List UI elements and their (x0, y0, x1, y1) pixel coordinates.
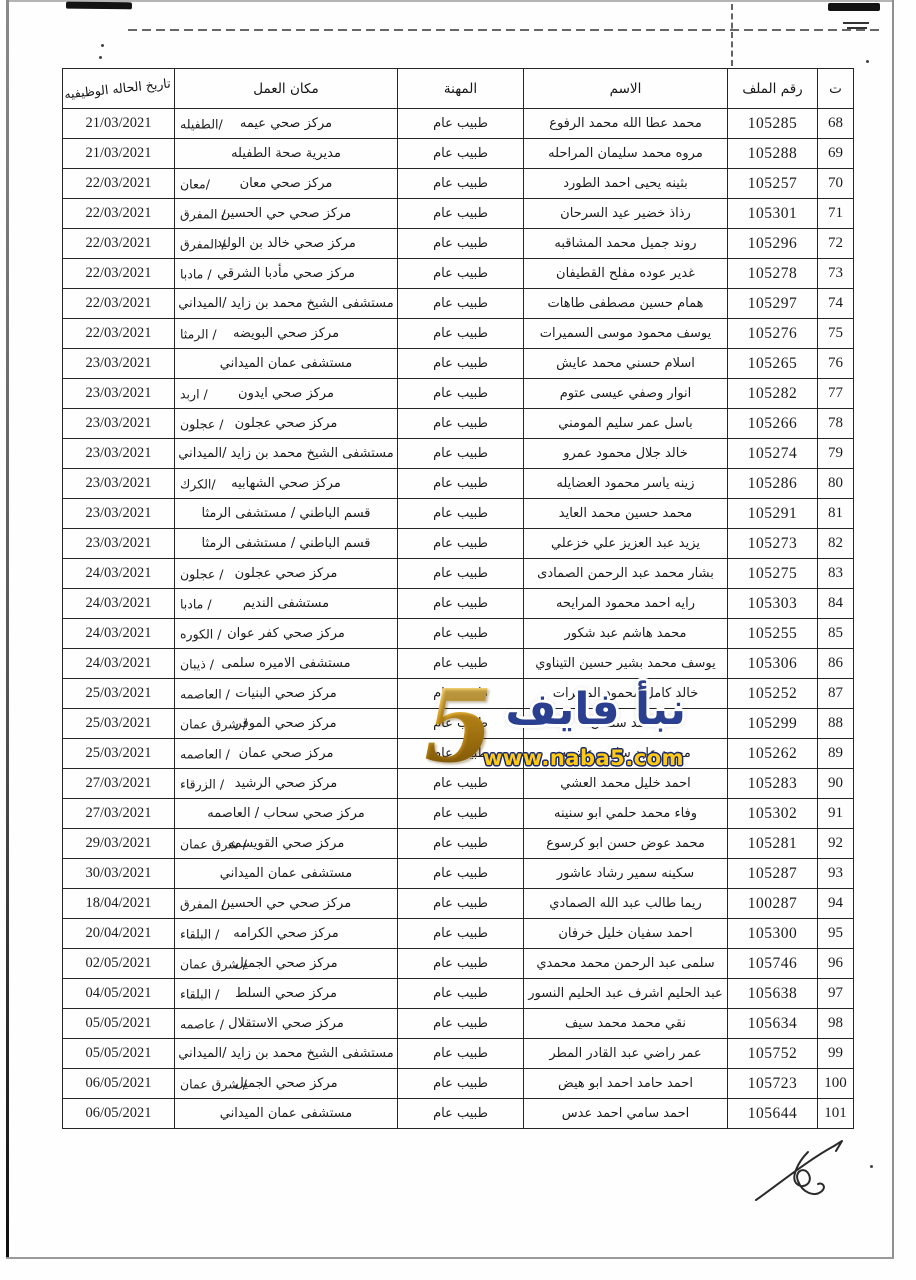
cell-profession: طبيب عام (398, 589, 524, 619)
cell-file-no: 105281 (728, 829, 818, 859)
workplace-name: مركز صحي عيمه (240, 116, 332, 131)
page-left-edge (6, 0, 9, 1259)
cell-name: رذاذ خضير عيد السرحان (524, 199, 728, 229)
cell-name: غدير عوده مفلح القطيفان (524, 259, 728, 289)
cell-name: سكينه سمير رشاد عاشور (524, 859, 728, 889)
cell-date: 27/03/2021 (63, 769, 175, 799)
workplace-name: مستشفى الاميره سلمى (221, 656, 350, 671)
workplace-region: / الكوره (180, 626, 221, 641)
cell-workplace: مستشفى الاميره سلمى/ ذيبان (175, 649, 398, 679)
cell-workplace: مركز صحي الرشيد/ الزرقاء (175, 769, 398, 799)
cell-file-no: 105282 (728, 379, 818, 409)
cell-date: 30/03/2021 (63, 859, 175, 889)
workplace-name: مركز صحي عجلون (235, 416, 338, 431)
cell-index: 74 (818, 289, 854, 319)
cell-date: 05/05/2021 (63, 1039, 175, 1069)
cell-file-no: 105306 (728, 649, 818, 679)
cell-profession: طبيب عام (398, 859, 524, 889)
table-row: 82105273يزيد عبد العزيز علي خزعليطبيب عا… (63, 529, 854, 559)
cell-profession: طبيب عام (398, 139, 524, 169)
cell-profession: طبيب عام (398, 529, 524, 559)
workplace-region: / عاصمه (180, 1016, 224, 1031)
cell-workplace: مركز صحي السلط/ البلقاء (175, 979, 398, 1009)
cell-file-no: 105286 (728, 469, 818, 499)
workplace-region: /الطفيله (180, 116, 223, 131)
cell-workplace: مستشفى النديم/ مادبا (175, 589, 398, 619)
header-row: ت رقم الملف الاسم المهنة مكان العمل تاري… (63, 69, 854, 109)
workplace-region: / مادبا (180, 266, 212, 281)
cell-index: 73 (818, 259, 854, 289)
cell-profession: طبيب عام (398, 1009, 524, 1039)
page-top-edge (6, 0, 894, 2)
cell-workplace: مركز صحي الموقر/ شرق عمان (175, 709, 398, 739)
cell-workplace: مستشفى عمان الميداني (175, 1099, 398, 1129)
cell-profession: طبيب عام (398, 499, 524, 529)
cell-index: 93 (818, 859, 854, 889)
workplace-region: / عجلون (180, 566, 224, 581)
workplace-name: مستشفى الشيخ محمد بن زايد /الميداني (178, 446, 393, 461)
cell-profession: طبيب عام (398, 439, 524, 469)
workplace-name: مركز صحي حي الحسين (221, 206, 351, 221)
workplace-region: /الكرك (180, 476, 216, 491)
workplace-name: مركز صحي سحاب / العاصمه (207, 806, 365, 821)
table-row: 79105274خالد جلال محمود عمروطبيب عاممستش… (63, 439, 854, 469)
cell-date: 06/05/2021 (63, 1099, 175, 1129)
cell-workplace: مستشفى الشيخ محمد بن زايد /الميداني (175, 439, 398, 469)
cell-index: 99 (818, 1039, 854, 1069)
watermark-brand: نبأ فايف (505, 688, 686, 732)
workplace-region: / مادبا (180, 596, 212, 611)
workplace-name: مركز صحي خالد بن الوليد (216, 236, 356, 251)
cell-workplace: مركز صحي خالد بن الوليد/ المفرق (175, 229, 398, 259)
cell-file-no: 105302 (728, 799, 818, 829)
scan-dash (843, 22, 869, 24)
workplace-region: / ذيبان (180, 656, 214, 671)
cell-workplace: مركز صحي كفر عوان/ الكوره (175, 619, 398, 649)
cell-workplace: مركز صحي حي الحسين/ المفرق (175, 199, 398, 229)
cell-index: 81 (818, 499, 854, 529)
cell-file-no: 105257 (728, 169, 818, 199)
cell-file-no: 105252 (728, 679, 818, 709)
workplace-region: / البلقاء (180, 986, 219, 1001)
cell-file-no: 105273 (728, 529, 818, 559)
workplace-name: مركز صحي عجلون (235, 566, 338, 581)
cell-name: اسلام حسني محمد عايش (524, 349, 728, 379)
cell-date: 24/03/2021 (63, 619, 175, 649)
cell-profession: طبيب عام (398, 169, 524, 199)
cell-name: وفاء محمد حلمي ابو سنينه (524, 799, 728, 829)
cell-index: 75 (818, 319, 854, 349)
table-row: 71105301رذاذ خضير عيد السرحانطبيب عاممرك… (63, 199, 854, 229)
cell-profession: طبيب عام (398, 799, 524, 829)
cell-index: 92 (818, 829, 854, 859)
cell-index: 69 (818, 139, 854, 169)
cell-date: 22/03/2021 (63, 199, 175, 229)
cell-workplace: مركز صحي عجلون/ عجلون (175, 409, 398, 439)
cell-date: 23/03/2021 (63, 379, 175, 409)
naba5-watermark: 5 نبأ فايف www.naba5.com (424, 686, 686, 786)
cell-profession: طبيب عام (398, 949, 524, 979)
cell-date: 21/03/2021 (63, 139, 175, 169)
cell-date: 29/03/2021 (63, 829, 175, 859)
cell-file-no: 105297 (728, 289, 818, 319)
workplace-name: مركز صحي البويضه (233, 326, 339, 341)
workplace-name: مركز صحي الكرامه (233, 926, 339, 941)
cell-date: 23/03/2021 (63, 439, 175, 469)
workplace-name: مستشفى عمان الميداني (220, 1106, 352, 1121)
cell-index: 95 (818, 919, 854, 949)
cell-date: 23/03/2021 (63, 529, 175, 559)
cell-index: 82 (818, 529, 854, 559)
cell-profession: طبيب عام (398, 229, 524, 259)
cell-index: 83 (818, 559, 854, 589)
cell-profession: طبيب عام (398, 1039, 524, 1069)
cell-profession: طبيب عام (398, 919, 524, 949)
cell-file-no: 105746 (728, 949, 818, 979)
cell-workplace: مركز صحي الكرامه/ البلقاء (175, 919, 398, 949)
cell-date: 22/03/2021 (63, 319, 175, 349)
cell-name: باسل عمر سليم المومني (524, 409, 728, 439)
cell-profession: طبيب عام (398, 379, 524, 409)
workplace-name: مركز صحي البنيات (235, 686, 337, 701)
cell-file-no: 105265 (728, 349, 818, 379)
cell-date: 22/03/2021 (63, 169, 175, 199)
table-row: 72105296روند جميل محمد المشاقبهطبيب عامم… (63, 229, 854, 259)
workplace-name: مركز صحي الاستقلال (228, 1016, 344, 1031)
workplace-region: / المفرق (180, 236, 226, 251)
workplace-name: مركز صحي الموقر (235, 716, 336, 731)
table-row: 69105288مروه محمد سليمان المراحلهطبيب عا… (63, 139, 854, 169)
cell-profession: طبيب عام (398, 259, 524, 289)
workplace-name: مركز صحي الرشيد (235, 776, 337, 791)
cell-workplace: مركز صحي البنيات/ العاصمه (175, 679, 398, 709)
cell-file-no: 105303 (728, 589, 818, 619)
cell-name: انوار وصفي عيسى عتوم (524, 379, 728, 409)
cell-file-no: 105288 (728, 139, 818, 169)
cell-date: 24/03/2021 (63, 589, 175, 619)
workplace-name: مستشفى الشيخ محمد بن زايد /الميداني (178, 1046, 393, 1061)
scan-speck (870, 1165, 873, 1168)
cell-file-no: 105296 (728, 229, 818, 259)
table-row: 99105752عمر راضي عبد القادر المطرطبيب عا… (63, 1039, 854, 1069)
cell-name: مروه محمد سليمان المراحله (524, 139, 728, 169)
cell-profession: طبيب عام (398, 199, 524, 229)
cell-index: 89 (818, 739, 854, 769)
cell-index: 100 (818, 1069, 854, 1099)
workplace-name: مركز صحي الجميل (234, 1076, 337, 1091)
cell-index: 84 (818, 589, 854, 619)
workplace-region: / البلقاء (180, 926, 219, 941)
cell-workplace: مركز صحي عجلون/ عجلون (175, 559, 398, 589)
workplace-region: / عجلون (180, 416, 224, 431)
cell-name: بشار محمد عبد الرحمن الصمادى (524, 559, 728, 589)
workplace-region: / شرق عمان (180, 1076, 247, 1091)
cell-file-no: 105278 (728, 259, 818, 289)
cell-date: 25/03/2021 (63, 739, 175, 769)
watermark-url: www.naba5.com (483, 746, 684, 770)
cell-file-no: 105634 (728, 1009, 818, 1039)
cell-index: 72 (818, 229, 854, 259)
cell-index: 79 (818, 439, 854, 469)
cell-name: محمد حسين محمد العايد (524, 499, 728, 529)
workplace-name: مستشفى الشيخ محمد بن زايد /الميداني (178, 296, 393, 311)
cell-name: محمد عوض حسن ابو كرسوع (524, 829, 728, 859)
cell-profession: طبيب عام (398, 619, 524, 649)
cell-date: 25/03/2021 (63, 709, 175, 739)
scan-dashed-vertical (731, 4, 733, 66)
cell-file-no: 105275 (728, 559, 818, 589)
workplace-name: مركز صحي حي الحسين (221, 896, 351, 911)
header-file-no: رقم الملف (728, 69, 818, 109)
cell-date: 24/03/2021 (63, 649, 175, 679)
cell-name: يزيد عبد العزيز علي خزعلي (524, 529, 728, 559)
cell-file-no: 105274 (728, 439, 818, 469)
cell-name: يوسف محمود موسى السميرات (524, 319, 728, 349)
workplace-region: /معان (180, 176, 210, 191)
header-workplace: مكان العمل (175, 69, 398, 109)
workplace-name: مستشفى النديم (243, 596, 329, 611)
cell-date: 05/05/2021 (63, 1009, 175, 1039)
table-header: ت رقم الملف الاسم المهنة مكان العمل تاري… (63, 69, 854, 109)
cell-date: 23/03/2021 (63, 349, 175, 379)
employees-table: ت رقم الملف الاسم المهنة مكان العمل تاري… (62, 68, 854, 1129)
cell-date: 02/05/2021 (63, 949, 175, 979)
cell-workplace: قسم الباطني / مستشفى الرمثا (175, 529, 398, 559)
cell-file-no: 105723 (728, 1069, 818, 1099)
table-row: 73105278غدير عوده مفلح القطيفانطبيب عامم… (63, 259, 854, 289)
cell-date: 22/03/2021 (63, 259, 175, 289)
workplace-name: مركز صحي السلط (235, 986, 337, 1001)
cell-workplace: مركز صحي البويضه/ الرمثا (175, 319, 398, 349)
table-row: 84105303رايه احمد محمود المرايحهطبيب عام… (63, 589, 854, 619)
cell-profession: طبيب عام (398, 559, 524, 589)
cell-name: احمد سامي احمد عدس (524, 1099, 728, 1129)
workplace-region: / المفرق (180, 206, 226, 221)
page-right-edge (892, 0, 894, 1259)
table-row: 94100287ريما طالب عبد الله الصماديطبيب ع… (63, 889, 854, 919)
cell-file-no: 105638 (728, 979, 818, 1009)
workplace-region: / شرق عمان (180, 956, 247, 971)
cell-workplace: مركز صحي الاستقلال/ عاصمه (175, 1009, 398, 1039)
table-row: 85105255محمد هاشم عبد شكورطبيب عاممركز ص… (63, 619, 854, 649)
cell-index: 78 (818, 409, 854, 439)
cell-index: 98 (818, 1009, 854, 1039)
cell-name: خالد جلال محمود عمرو (524, 439, 728, 469)
cell-index: 94 (818, 889, 854, 919)
cell-name: بثينه يحيى احمد الطورد (524, 169, 728, 199)
workplace-region: / الرمثا (180, 326, 217, 341)
cell-file-no: 105291 (728, 499, 818, 529)
scan-smudge-top-left (66, 2, 132, 10)
cell-date: 23/03/2021 (63, 469, 175, 499)
cell-workplace: مركز صحي القويسمه/ شرق عمان (175, 829, 398, 859)
cell-name: روند جميل محمد المشاقبه (524, 229, 728, 259)
cell-workplace: مركز صحي عمان/ العاصمه (175, 739, 398, 769)
header-profession: المهنة (398, 69, 524, 109)
workplace-region: / المفرق (180, 896, 226, 911)
table-row: 68105285محمد عطا الله محمد الرفوعطبيب عا… (63, 109, 854, 139)
cell-profession: طبيب عام (398, 889, 524, 919)
page-bottom-edge (6, 1257, 894, 1259)
cell-workplace: مستشفى عمان الميداني (175, 859, 398, 889)
table-row: 78105266باسل عمر سليم المومنيطبيب عاممرك… (63, 409, 854, 439)
cell-workplace: مركز صحي مأدبا الشرقي/ مادبا (175, 259, 398, 289)
cell-date: 23/03/2021 (63, 409, 175, 439)
scan-speck (99, 56, 102, 59)
cell-name: يوسف محمد بشير حسين التيناوي (524, 649, 728, 679)
cell-workplace: مستشفى عمان الميداني (175, 349, 398, 379)
table-row: 81105291محمد حسين محمد العايدطبيب عامقسم… (63, 499, 854, 529)
table-row: 96105746سلمى عبد الرحمن محمد محمديطبيب ع… (63, 949, 854, 979)
cell-file-no: 105301 (728, 199, 818, 229)
signature (752, 1138, 856, 1214)
cell-name: محمد هاشم عبد شكور (524, 619, 728, 649)
cell-name: همام حسين مصطفى طاهات (524, 289, 728, 319)
cell-workplace: مستشفى الشيخ محمد بن زايد /الميداني (175, 289, 398, 319)
cell-date: 24/03/2021 (63, 559, 175, 589)
header-name: الاسم (524, 69, 728, 109)
scan-smudge-top-right (828, 3, 880, 11)
cell-file-no: 105262 (728, 739, 818, 769)
cell-workplace: مركز صحي ايدون/ اربد (175, 379, 398, 409)
workplace-name: مديرية صحة الطفيله (231, 146, 341, 161)
workplace-region: / شرق عمان (180, 836, 247, 851)
cell-profession: طبيب عام (398, 979, 524, 1009)
cell-date: 22/03/2021 (63, 289, 175, 319)
cell-name: محمد عطا الله محمد الرفوع (524, 109, 728, 139)
cell-profession: طبيب عام (398, 1069, 524, 1099)
cell-name: رايه احمد محمود المرايحه (524, 589, 728, 619)
table-row: 70105257بثينه يحيى احمد الطوردطبيب عاممر… (63, 169, 854, 199)
workplace-name: مستشفى عمان الميداني (220, 356, 352, 371)
cell-date: 21/03/2021 (63, 109, 175, 139)
workplace-name: مركز صحي الجميل (234, 956, 337, 971)
workplace-name: مركز صحي عمان (239, 746, 334, 761)
workplace-region: / العاصمه (180, 746, 230, 761)
cell-file-no: 105276 (728, 319, 818, 349)
table-row: 80105286زينه ياسر محمود العضايلهطبيب عام… (63, 469, 854, 499)
cell-index: 77 (818, 379, 854, 409)
cell-workplace: مركز صحي عيمه/الطفيله (175, 109, 398, 139)
workplace-region: / العاصمه (180, 686, 230, 701)
cell-workplace: مستشفى الشيخ محمد بن زايد /الميداني (175, 1039, 398, 1069)
cell-date: 04/05/2021 (63, 979, 175, 1009)
cell-file-no: 105255 (728, 619, 818, 649)
cell-index: 76 (818, 349, 854, 379)
cell-name: زينه ياسر محمود العضايله (524, 469, 728, 499)
cell-file-no: 105287 (728, 859, 818, 889)
cell-profession: طبيب عام (398, 349, 524, 379)
table-row: 101105644احمد سامي احمد عدسطبيب عاممستشف… (63, 1099, 854, 1129)
cell-name: سلمى عبد الرحمن محمد محمدي (524, 949, 728, 979)
cell-workplace: مركز صحي حي الحسين/ المفرق (175, 889, 398, 919)
cell-index: 68 (818, 109, 854, 139)
workplace-name: مركز صحي كفر عوان (227, 626, 345, 641)
cell-profession: طبيب عام (398, 1099, 524, 1129)
header-date: تاريخ الحاله الوظيفيه (63, 69, 175, 109)
cell-date: 22/03/2021 (63, 229, 175, 259)
table-row: 100105723احمد حامد احمد ابو هيضطبيب عامم… (63, 1069, 854, 1099)
cell-index: 70 (818, 169, 854, 199)
table-row: 76105265اسلام حسني محمد عايشطبيب عاممستش… (63, 349, 854, 379)
workplace-name: مركز صحي ايدون (238, 386, 334, 401)
table-row: 95105300احمد سفيان خليل خرفانطبيب عاممرك… (63, 919, 854, 949)
table-row: 75105276يوسف محمود موسى السميراتطبيب عام… (63, 319, 854, 349)
cell-index: 85 (818, 619, 854, 649)
table-row: 93105287سكينه سمير رشاد عاشورطبيب عاممست… (63, 859, 854, 889)
cell-date: 20/04/2021 (63, 919, 175, 949)
scan-speck (866, 60, 869, 63)
cell-workplace: قسم الباطني / مستشفى الرمثا (175, 499, 398, 529)
workplace-region: / الزرقاء (180, 776, 224, 791)
cell-file-no: 100287 (728, 889, 818, 919)
cell-profession: طبيب عام (398, 409, 524, 439)
header-index: ت (818, 69, 854, 109)
cell-index: 97 (818, 979, 854, 1009)
workplace-name: مركز صحي معان (240, 176, 333, 191)
cell-name: احمد حامد احمد ابو هيض (524, 1069, 728, 1099)
cell-profession: طبيب عام (398, 289, 524, 319)
cell-workplace: مركز صحي معان/معان (175, 169, 398, 199)
table-body: 68105285محمد عطا الله محمد الرفوعطبيب عا… (63, 109, 854, 1129)
cell-index: 80 (818, 469, 854, 499)
cell-name: احمد سفيان خليل خرفان (524, 919, 728, 949)
cell-file-no: 105752 (728, 1039, 818, 1069)
cell-index: 71 (818, 199, 854, 229)
workplace-region: / اربد (180, 386, 208, 401)
cell-name: عمر راضي عبد القادر المطر (524, 1039, 728, 1069)
workplace-name: مستشفى عمان الميداني (220, 866, 352, 881)
cell-file-no: 105266 (728, 409, 818, 439)
cell-name: عبد الحليم اشرف عبد الحليم النسور (524, 979, 728, 1009)
cell-index: 86 (818, 649, 854, 679)
cell-name: ريما طالب عبد الله الصمادي (524, 889, 728, 919)
cell-workplace: مركز صحي الجميل/ شرق عمان (175, 949, 398, 979)
workplace-region: / شرق عمان (180, 716, 247, 731)
cell-file-no: 105299 (728, 709, 818, 739)
cell-profession: طبيب عام (398, 829, 524, 859)
table-row: 92105281محمد عوض حسن ابو كرسوعطبيب عاممر… (63, 829, 854, 859)
table-row: 97105638عبد الحليم اشرف عبد الحليم النسو… (63, 979, 854, 1009)
workplace-name: قسم الباطني / مستشفى الرمثا (201, 506, 370, 521)
workplace-name: مركز صحي مأدبا الشرقي (217, 266, 355, 281)
cell-index: 90 (818, 769, 854, 799)
cell-index: 87 (818, 679, 854, 709)
cell-profession: طبيب عام (398, 109, 524, 139)
table-row: 83105275بشار محمد عبد الرحمن الصمادىطبيب… (63, 559, 854, 589)
scan-dash (847, 27, 867, 29)
table-row: 91105302وفاء محمد حلمي ابو سنينهطبيب عام… (63, 799, 854, 829)
cell-workplace: مديرية صحة الطفيله (175, 139, 398, 169)
workplace-name: مركز صحي الشهابيه (231, 476, 341, 491)
cell-file-no: 105300 (728, 919, 818, 949)
cell-file-no: 105644 (728, 1099, 818, 1129)
table-row: 77105282انوار وصفي عيسى عتومطبيب عاممركز… (63, 379, 854, 409)
cell-date: 18/04/2021 (63, 889, 175, 919)
cell-date: 23/03/2021 (63, 499, 175, 529)
scanned-page: ت رقم الملف الاسم المهنة مكان العمل تاري… (0, 0, 916, 1280)
cell-date: 25/03/2021 (63, 679, 175, 709)
cell-profession: طبيب عام (398, 319, 524, 349)
workplace-name: قسم الباطني / مستشفى الرمثا (201, 536, 370, 551)
cell-index: 91 (818, 799, 854, 829)
cell-name: نقي محمد محمد سيف (524, 1009, 728, 1039)
cell-file-no: 105285 (728, 109, 818, 139)
cell-workplace: مركز صحي الجميل/ شرق عمان (175, 1069, 398, 1099)
cell-workplace: مركز صحي سحاب / العاصمه (175, 799, 398, 829)
table-row: 74105297همام حسين مصطفى طاهاتطبيب عاممست… (63, 289, 854, 319)
table-row: 98105634نقي محمد محمد سيفطبيب عاممركز صح… (63, 1009, 854, 1039)
